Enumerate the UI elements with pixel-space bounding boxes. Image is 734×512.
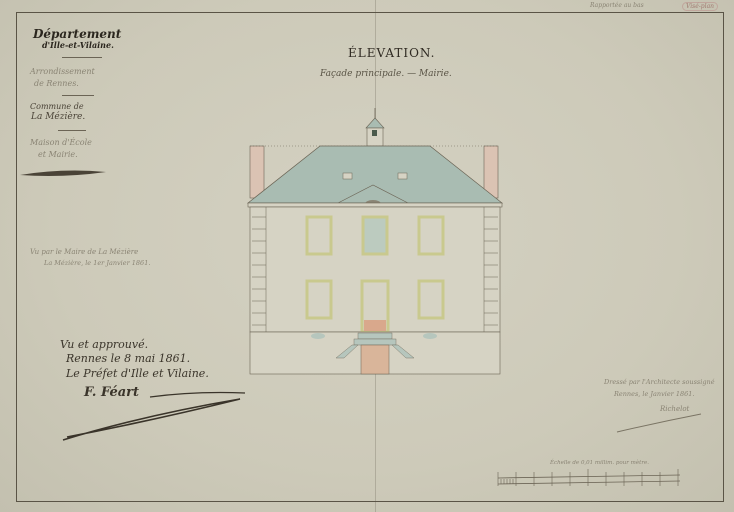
- elevation-drawing: [240, 100, 510, 380]
- scale-bar: [495, 460, 685, 490]
- divider: [58, 130, 86, 131]
- roof: [248, 146, 502, 203]
- top-right-note: Rapportée au bas: [590, 2, 644, 9]
- department-name: d'Ille-et-Vilaine.: [42, 40, 114, 50]
- bell-turret: [366, 108, 384, 146]
- approval-line-2: Rennes le 8 mai 1861.: [66, 352, 190, 365]
- commune-label: Commune de: [30, 102, 84, 111]
- chimney-left: [250, 146, 264, 198]
- building-line-1: Maison d'École: [30, 138, 92, 147]
- approval-line-3: Le Préfet d'Ille et Vilaine.: [66, 367, 209, 380]
- approval-line-1: Vu et approuvé.: [60, 338, 148, 351]
- drawing-title: ÉLEVATION.: [348, 46, 435, 60]
- architect-line-2: Rennes, le Janvier 1861.: [614, 390, 694, 398]
- commune-name: La Mézière.: [31, 112, 85, 122]
- arrondissement-label: Arrondissement: [30, 67, 95, 76]
- top-right-stamp: Visé-plan: [682, 2, 718, 11]
- architect-line-1: Dressé par l'Architecte soussigné: [604, 378, 715, 386]
- architect-flourish: [615, 410, 705, 435]
- signature-flourish: [55, 385, 250, 445]
- mayor-note-line-1: Vu par le Maire de La Mézière: [30, 248, 138, 256]
- divider: [62, 95, 94, 96]
- drawing-sheet: Rapportée au bas Visé-plan Département d…: [0, 0, 734, 512]
- divider: [62, 57, 102, 58]
- department-label: Département: [33, 27, 121, 41]
- drawing-subtitle: Façade principale. — Mairie.: [320, 69, 452, 79]
- arrondissement-name: de Rennes.: [34, 79, 79, 88]
- building-line-2: et Mairie.: [38, 150, 78, 159]
- mayor-note-line-2: La Mézière, le 1er Janvier 1861.: [44, 259, 150, 267]
- cartouche-flourish: [18, 166, 108, 180]
